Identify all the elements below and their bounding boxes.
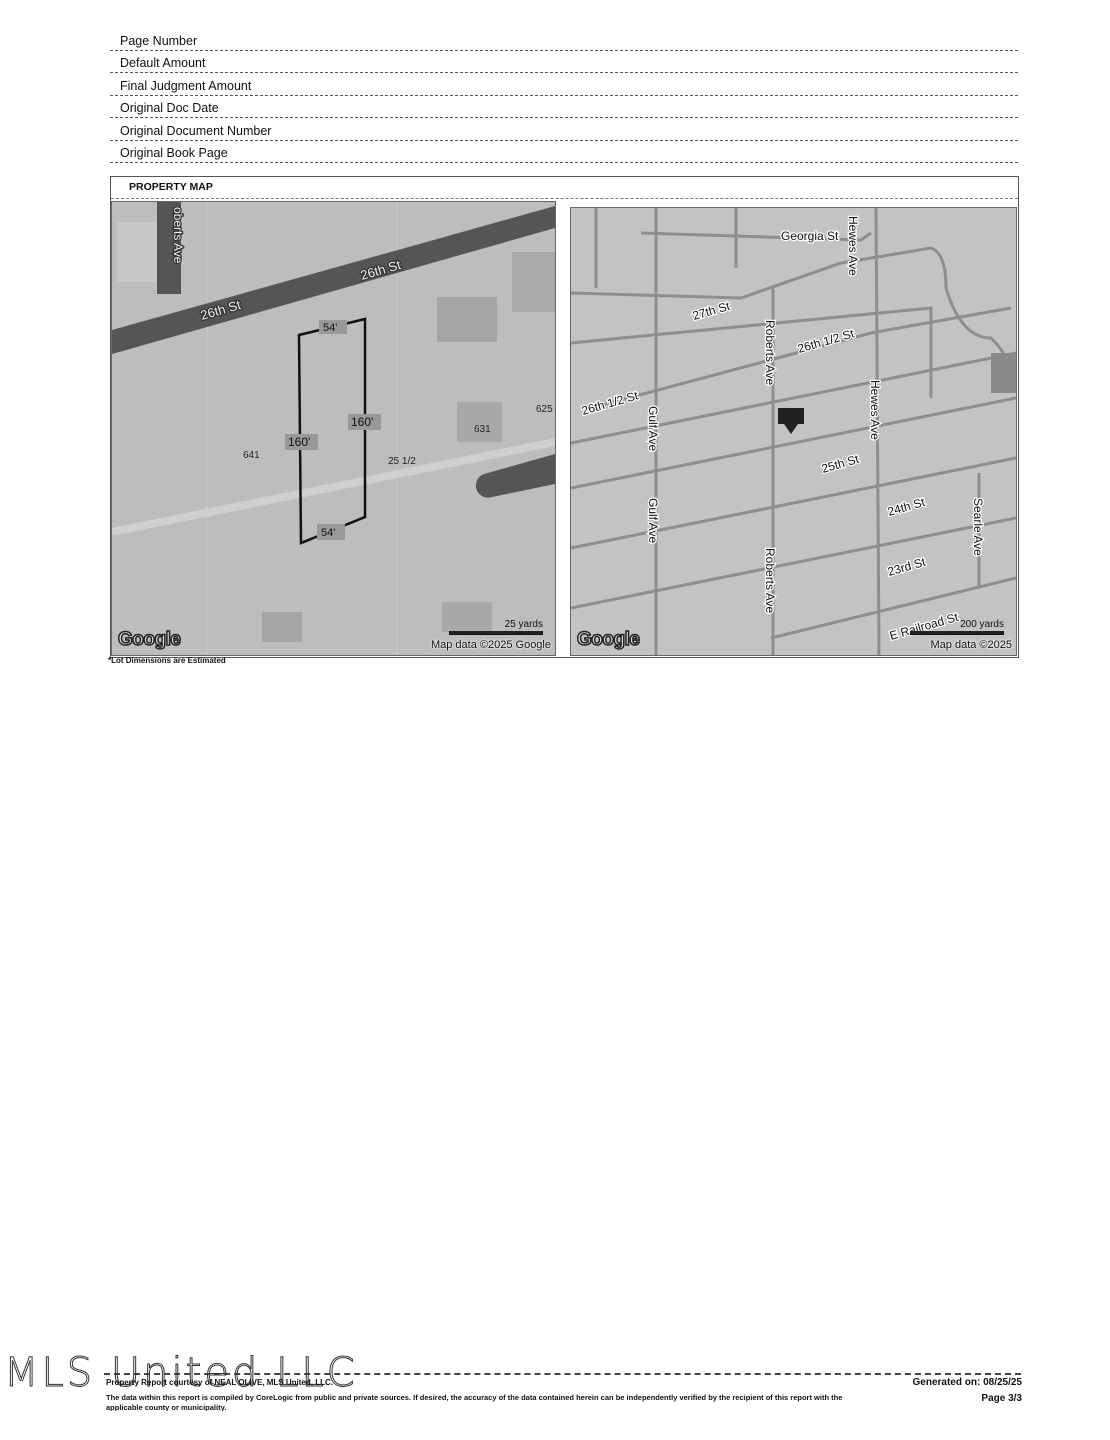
svg-text:625: 625 bbox=[536, 404, 553, 415]
svg-text:160': 160' bbox=[351, 415, 373, 429]
field-default-amount: Default Amount bbox=[110, 51, 1018, 74]
field-label: Original Book Page bbox=[120, 146, 228, 160]
property-map-section: PROPERTY MAP 26th St 26th St oberts Ave bbox=[110, 176, 1019, 658]
map-divider bbox=[558, 201, 566, 657]
svg-text:oberts Ave: oberts Ave bbox=[171, 207, 185, 264]
generated-date: Generated on: 08/25/25 bbox=[913, 1377, 1023, 1388]
svg-text:Hewes Ave: Hewes Ave bbox=[846, 216, 860, 276]
field-label: Page Number bbox=[120, 34, 197, 48]
field-page-number: Page Number bbox=[110, 28, 1018, 51]
scale-label: 25 yards bbox=[505, 619, 543, 630]
svg-text:Hewes Ave: Hewes Ave bbox=[868, 380, 882, 440]
google-logo: Google bbox=[118, 629, 180, 651]
field-original-book-page: Original Book Page bbox=[110, 141, 1018, 164]
svg-text:Roberts Ave: Roberts Ave bbox=[763, 548, 777, 613]
watermark: MLS United LLC bbox=[4, 1350, 358, 1396]
field-final-judgment-amount: Final Judgment Amount bbox=[110, 73, 1018, 96]
parcel-map-graphic: 26th St 26th St oberts Ave 54' 160' 160'… bbox=[112, 202, 555, 655]
svg-text:631: 631 bbox=[474, 424, 491, 435]
svg-text:54': 54' bbox=[321, 527, 335, 539]
svg-text:Gulf Ave: Gulf Ave bbox=[646, 406, 660, 451]
map-scale: 25 yards bbox=[449, 619, 543, 635]
neighborhood-map-graphic: Georgia St Hewes Ave 27th St Roberts Ave… bbox=[571, 208, 1016, 655]
section-title: PROPERTY MAP bbox=[129, 181, 213, 193]
field-label: Original Doc Date bbox=[120, 101, 219, 115]
svg-text:160': 160' bbox=[288, 435, 310, 449]
field-label: Final Judgment Amount bbox=[120, 79, 251, 93]
scale-bar bbox=[449, 631, 543, 635]
footer-credit: Property Report courtesy of NEAL OLIVE, … bbox=[106, 1378, 333, 1387]
lot-dimensions-note: *Lot Dimensions are Estimated bbox=[108, 656, 226, 665]
parcel-detail-map[interactable]: 26th St 26th St oberts Ave 54' 160' 160'… bbox=[111, 201, 556, 656]
svg-text:Searle Ave: Searle Ave bbox=[971, 498, 985, 556]
field-label: Default Amount bbox=[120, 56, 205, 70]
svg-text:54': 54' bbox=[323, 322, 337, 334]
google-logo: Google bbox=[577, 629, 639, 651]
scale-bar bbox=[910, 631, 1004, 635]
svg-text:25 1/2: 25 1/2 bbox=[388, 456, 416, 467]
map-attribution: Map data ©2025 bbox=[931, 639, 1013, 651]
svg-text:641: 641 bbox=[243, 450, 260, 461]
page-number: Page 3/3 bbox=[981, 1393, 1022, 1404]
map-scale: 200 yards bbox=[910, 619, 1004, 635]
divider bbox=[111, 198, 1018, 199]
footer-disclaimer: The data within this report is compiled … bbox=[106, 1393, 846, 1411]
map-attribution: Map data ©2025 Google bbox=[431, 639, 551, 651]
svg-text:Roberts Ave: Roberts Ave bbox=[763, 320, 777, 385]
svg-text:Gulf Ave: Gulf Ave bbox=[646, 498, 660, 543]
field-label: Original Document Number bbox=[120, 124, 271, 138]
field-original-doc-date: Original Doc Date bbox=[110, 96, 1018, 119]
scale-label: 200 yards bbox=[960, 619, 1004, 630]
neighborhood-map[interactable]: Georgia St Hewes Ave 27th St Roberts Ave… bbox=[570, 207, 1017, 656]
field-original-document-number: Original Document Number bbox=[110, 118, 1018, 141]
svg-text:Georgia St: Georgia St bbox=[781, 229, 839, 243]
property-fields: Page Number Default Amount Final Judgmen… bbox=[110, 28, 1018, 163]
